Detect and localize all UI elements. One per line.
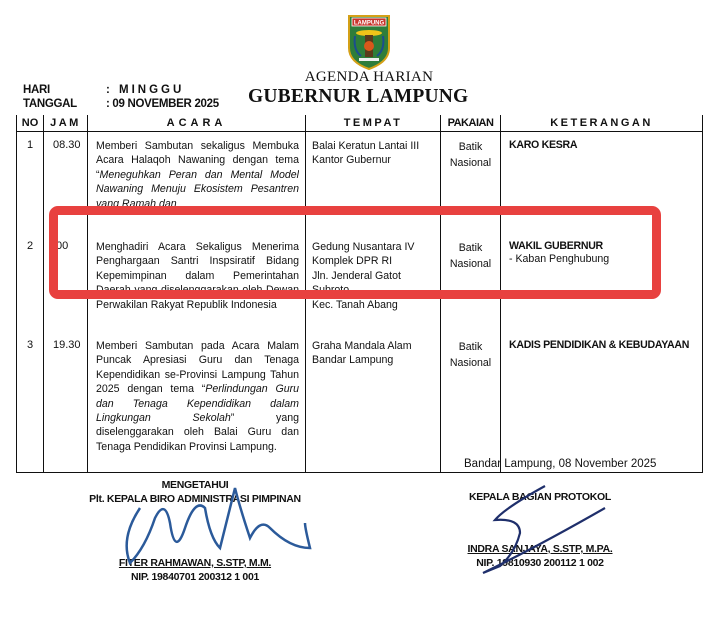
main-title: GUBERNUR LAMPUNG: [248, 86, 468, 108]
table-header-row: NO JAM ACARA TEMPAT PAKAIAN KETERANGAN: [17, 115, 703, 132]
row-keterangan: WAKIL GUBERNUR - Kaban Penghubung: [501, 233, 703, 332]
row-tempat: Balai Keratun Lantai III Kantor Gubernur: [306, 132, 441, 234]
signature-left-name: FITER RAHMAWAN, S.STP, M.M.: [75, 556, 315, 570]
row-jam: 19.30: [44, 332, 88, 473]
table-row: 2 .00 Menghadiri Acara Sekaligus Menerim…: [17, 233, 703, 332]
row-tempat: Graha Mandala Alam Bandar Lampung: [306, 332, 441, 473]
col-header-jam: JAM: [44, 115, 88, 132]
agenda-table: NO JAM ACARA TEMPAT PAKAIAN KETERANGAN 1…: [16, 115, 703, 473]
signature-left: MENGETAHUI Plt. KEPALA BIRO ADMINISTRASI…: [75, 478, 315, 584]
row-keterangan: KARO KESRA: [501, 132, 703, 234]
tempat-line: Bandar Lampung: [312, 353, 436, 367]
signature-right-name: INDRA SANJAYA, S.STP, M.PA.: [440, 542, 640, 556]
keterangan-sub: - Kaban Penghubung: [509, 253, 694, 266]
hari-value: : MINGGU: [106, 84, 184, 96]
row-acara: Memberi Sambutan pada Acara Malam Puncak…: [88, 332, 306, 473]
keterangan-main: KARO KESRA: [509, 139, 577, 151]
table-row: 3 19.30 Memberi Sambutan pada Acara Mala…: [17, 332, 703, 473]
row-acara: Menghadiri Acara Sekaligus Menerima Peng…: [88, 233, 306, 332]
col-header-tempat: TEMPAT: [306, 115, 441, 132]
tempat-line: Kec. Tanah Abang: [312, 298, 436, 311]
row-keterangan: KADIS PENDIDIKAN & KEBUDAYAAN: [501, 332, 703, 473]
tanggal-value: : 09 NOVEMBER 2025: [106, 98, 219, 110]
pakaian-line: Batik: [441, 339, 500, 355]
signature-left-nip: NIP. 19840701 200312 1 001: [75, 570, 315, 584]
row-no: 2: [17, 233, 44, 332]
signature-right-nip: NIP. 19810930 200112 1 002: [440, 556, 640, 570]
row-pakaian: Batik Nasional: [441, 132, 501, 234]
row-jam: 08.30: [44, 132, 88, 234]
table-row: 1 08.30 Memberi Sambutan sekaligus Membu…: [17, 132, 703, 234]
signature-left-title: Plt. KEPALA BIRO ADMINISTRASI PIMPINAN: [75, 492, 315, 506]
hari-label: HARI: [23, 84, 106, 96]
row-tempat: Gedung Nusantara IV Komplek DPR RI Jln. …: [306, 233, 441, 332]
svg-text:LAMPUNG: LAMPUNG: [354, 21, 385, 27]
acara-theme: Meneguhkan Peran dan Mental Model Nawani…: [96, 169, 299, 210]
keterangan-main: WAKIL GUBERNUR: [509, 240, 603, 252]
row-jam: .00: [44, 233, 88, 332]
row-pakaian: Batik Nasional: [441, 233, 501, 332]
tempat-line: Subroto: [312, 283, 436, 297]
pakaian-line: Nasional: [441, 355, 500, 371]
pakaian-line: Batik: [441, 240, 500, 256]
col-header-pakaian: PAKAIAN: [441, 115, 501, 132]
acara-text: Menghadiri Acara Sekaligus Menerima Peng…: [96, 241, 299, 311]
tempat-line: Komplek DPR RI: [312, 254, 436, 268]
col-header-no: NO: [17, 115, 44, 132]
lampung-emblem-icon: LAMPUNG: [347, 14, 391, 70]
pakaian-line: Nasional: [441, 155, 500, 171]
keterangan-main: KADIS PENDIDIKAN & KEBUDAYAAN: [509, 339, 694, 352]
row-no: 1: [17, 132, 44, 234]
pakaian-line: Nasional: [441, 256, 500, 272]
place-date: Bandar Lampung, 08 November 2025: [464, 458, 656, 470]
signature-right-title: KEPALA BAGIAN PROTOKOL: [440, 490, 640, 504]
tempat-line: Graha Mandala Alam: [312, 339, 436, 353]
tempat-line: Kantor Gubernur: [312, 153, 436, 167]
tanggal-row: TANGGAL: 09 NOVEMBER 2025: [23, 98, 219, 110]
tanggal-label: TANGGAL: [23, 98, 106, 110]
col-header-keterangan: KETERANGAN: [501, 115, 703, 132]
signature-right: KEPALA BAGIAN PROTOKOL INDRA SANJAYA, S.…: [440, 490, 640, 570]
tempat-line: Balai Keratun Lantai III: [312, 139, 436, 153]
hari-row: HARI: MINGGU: [23, 84, 184, 96]
row-acara: Memberi Sambutan sekaligus Membuka Acara…: [88, 132, 306, 234]
row-no: 3: [17, 332, 44, 473]
signature-left-heading: MENGETAHUI: [75, 478, 315, 492]
col-header-acara: ACARA: [88, 115, 306, 132]
row-pakaian: Batik Nasional: [441, 332, 501, 473]
pakaian-line: Batik: [441, 139, 500, 155]
tempat-line: Gedung Nusantara IV: [312, 240, 436, 254]
tempat-line: Jln. Jenderal Gatot: [312, 269, 436, 283]
